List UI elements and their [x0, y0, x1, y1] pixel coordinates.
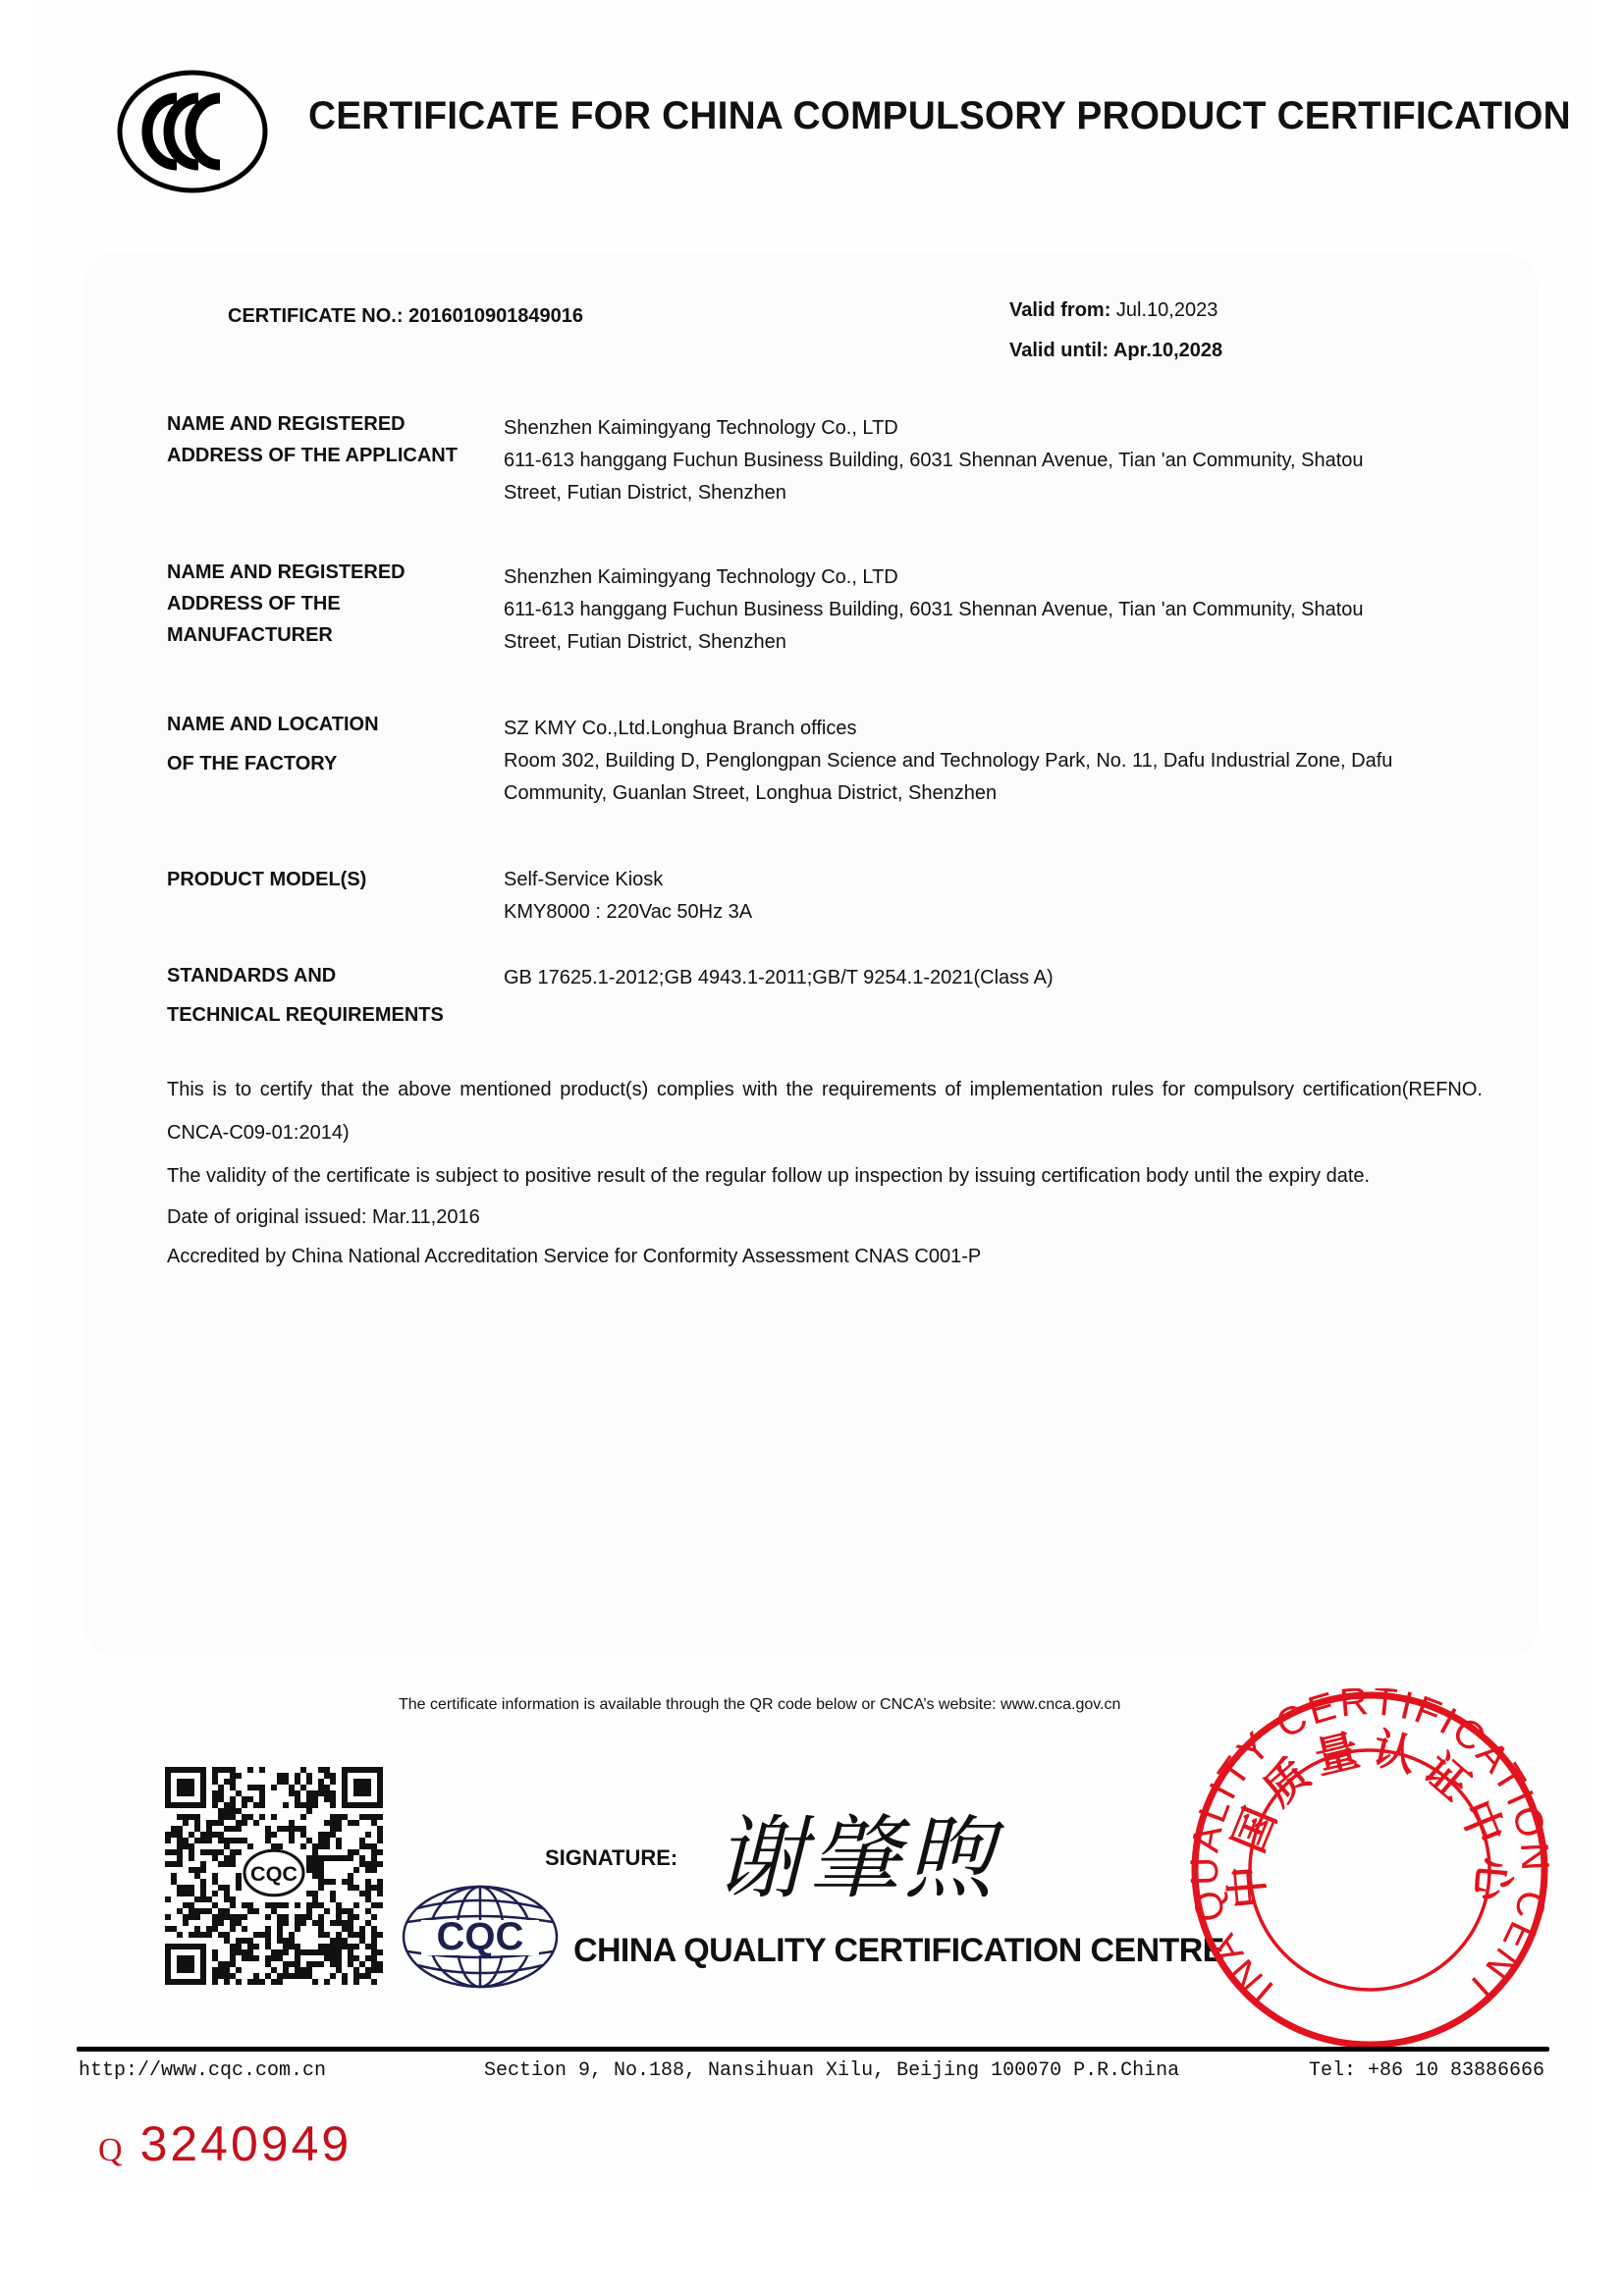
valid-from: Valid from: Jul.10,2023 — [1009, 299, 1217, 322]
official-seal-stamp: CHINA QUALITY CERTIFICATION CENTRE 中国质量认… — [1188, 1688, 1551, 2052]
verification-note: The certificate information is available… — [399, 1696, 1120, 1714]
factory-label: NAME AND LOCATION OF THE FACTORY — [167, 705, 379, 783]
manufacturer-address-line-1: 611-613 hanggang Fuchun Business Buildin… — [504, 594, 1486, 626]
standards-label: STANDARDS AND TECHNICAL REQUIREMENTS — [167, 956, 444, 1035]
certificate-number: CERTIFICATE NO.: 2016010901849016 — [228, 305, 583, 328]
serial-value: 3240949 — [140, 2116, 352, 2171]
manufacturer-name: Shenzhen Kaimingyang Technology Co., LTD — [504, 561, 1486, 594]
certify-text: This is to certify that the above mentio… — [167, 1068, 1483, 1154]
svg-text:CQC: CQC — [437, 1915, 524, 1958]
valid-until: Valid until: Apr.10,2028 — [1009, 340, 1222, 362]
svg-text:CQC: CQC — [250, 1861, 298, 1886]
applicant-address-line-1: 611-613 hanggang Fuchun Business Buildin… — [504, 445, 1486, 477]
applicant-value: Shenzhen Kaimingyang Technology Co., LTD… — [504, 412, 1486, 509]
factory-value: SZ KMY Co.,Ltd.Longhua Branch offices Ro… — [504, 713, 1486, 810]
product-model-label: PRODUCT MODEL(S) — [167, 864, 366, 895]
valid-from-value: Jul.10,2023 — [1116, 299, 1217, 321]
signature-handwriting: 谢肇煦 — [715, 1787, 998, 1916]
footer-address: Section 9, No.188, Nansihuan Xilu, Beiji… — [484, 2059, 1179, 2082]
signature-label: SIGNATURE: — [545, 1845, 677, 1871]
original-issue-date: Date of original issued: Mar.11,2016 — [167, 1198, 1483, 1237]
valid-from-label: Valid from: — [1009, 299, 1110, 321]
product-name: Self-Service Kiosk — [504, 864, 1486, 896]
svg-text:CHINA QUALITY CERTIFICATION CE: CHINA QUALITY CERTIFICATION CENTRE — [1188, 1688, 1551, 2014]
applicant-address-line-2: Street, Futian District, Shenzhen — [504, 477, 1486, 509]
ccc-mark-icon — [116, 69, 269, 194]
cqc-globe-logo-icon: CQC — [400, 1883, 561, 1991]
certificate-number-value: 2016010901849016 — [408, 305, 583, 327]
document-title: CERTIFICATE FOR CHINA COMPULSORY PRODUCT… — [308, 94, 1571, 138]
footer-divider — [77, 2047, 1549, 2052]
factory-name: SZ KMY Co.,Ltd.Longhua Branch offices — [504, 713, 1486, 745]
qr-code-icon[interactable]: CQC — [165, 1767, 383, 1985]
standards-list: GB 17625.1-2012;GB 4943.1-2011;GB/T 9254… — [504, 962, 1486, 994]
factory-address-line-2: Community, Guanlan Street, Longhua Distr… — [504, 777, 1486, 810]
valid-until-label: Valid until: — [1009, 340, 1109, 361]
product-model-value: Self-Service Kiosk KMY8000 : 220Vac 50Hz… — [504, 864, 1486, 929]
serial-prefix: Q — [98, 2132, 123, 2168]
certificate-number-label: CERTIFICATE NO.: — [228, 305, 404, 327]
accreditation-text: Accredited by China National Accreditati… — [167, 1237, 1483, 1276]
manufacturer-label: NAME AND REGISTERED ADDRESS OF THE MANUF… — [167, 557, 406, 651]
validity-text: The validity of the certificate is subje… — [167, 1154, 1483, 1198]
applicant-label: NAME AND REGISTERED ADDRESS OF THE APPLI… — [167, 408, 458, 471]
manufacturer-address-line-2: Street, Futian District, Shenzhen — [504, 626, 1486, 659]
applicant-name: Shenzhen Kaimingyang Technology Co., LTD — [504, 412, 1486, 445]
product-model-spec: KMY8000 : 220Vac 50Hz 3A — [504, 896, 1486, 929]
manufacturer-value: Shenzhen Kaimingyang Technology Co., LTD… — [504, 561, 1486, 659]
certification-statement: This is to certify that the above mentio… — [167, 1068, 1483, 1276]
footer-telephone: Tel: +86 10 83886666 — [1309, 2059, 1544, 2082]
standards-value: GB 17625.1-2012;GB 4943.1-2011;GB/T 9254… — [504, 962, 1486, 994]
serial-number: Q3240949 — [98, 2115, 352, 2172]
factory-address-line-1: Room 302, Building D, Penglongpan Scienc… — [504, 745, 1486, 777]
issuer-name: CHINA QUALITY CERTIFICATION CENTRE — [573, 1932, 1224, 1970]
footer-website-link[interactable]: http://www.cqc.com.cn — [79, 2059, 326, 2082]
valid-until-value: Apr.10,2028 — [1113, 340, 1222, 361]
